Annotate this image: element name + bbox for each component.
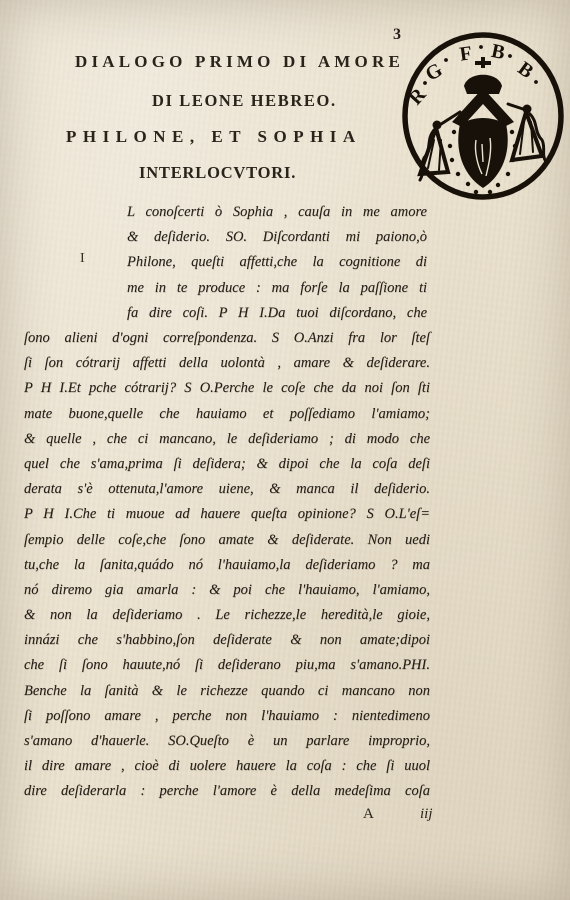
- stamp-letter-f: F: [458, 42, 473, 65]
- text-line: s'amano d'hauerle. SO.Queſto è un parlar…: [24, 729, 430, 754]
- signature-letter: A: [363, 806, 374, 823]
- text-line: dire deſiderarla : perche l'amore è dell…: [24, 779, 430, 804]
- text-line: innázi che s'habbino,ſon deſiderate & no…: [24, 628, 430, 653]
- text-line: & quelle , che ci mancano, le deſideriam…: [24, 427, 430, 452]
- opening-text-block: L conoſcerti ò Sophia , cauſa in me amor…: [127, 200, 427, 326]
- title-line-1: DIALOGO PRIMO DI AMORE: [75, 52, 404, 72]
- text-line: ſono alieni d'ogni correſpondenza. S O.A…: [24, 326, 430, 351]
- signature-numeral: iij: [420, 806, 433, 823]
- text-line: & deſiderio. SO. Diſcordanti mi paiono,ò: [127, 225, 427, 250]
- text-line: Philone, queſti affetti,che la cognition…: [127, 250, 427, 275]
- text-line: che ſi ſono hauute,nó ſi deſiderano piu,…: [24, 653, 430, 678]
- library-stamp-icon: R G F B B: [398, 28, 566, 204]
- book-page: 3 DIALOGO PRIMO DI AMORE DI LEONE HEBREO…: [0, 0, 570, 900]
- text-line: mate buone,quelle che hauiamo et poſſedi…: [24, 402, 430, 427]
- text-line: quel che s'ama,prima ſi deſidera; & dipo…: [24, 452, 430, 477]
- body-text-block: ſono alieni d'ogni correſpondenza. S O.A…: [24, 326, 430, 805]
- title-line-4: INTERLOCVTORI.: [139, 163, 296, 183]
- stamp-letter-b1: B: [489, 40, 507, 64]
- text-line: derata s'è ottenuta,l'amore uiene, & man…: [24, 477, 430, 502]
- text-line: me in te produce : ma forſe la paſſione …: [127, 276, 427, 301]
- text-line: P H I.Et pche cótrarij? S O.Perche le co…: [24, 376, 430, 401]
- text-line: ſi poſſono amare , perche non l'hauiamo …: [24, 704, 430, 729]
- text-line: ſempio delle coſe,che ſono amate & deſid…: [24, 528, 430, 553]
- text-line: Benche la ſanità & le richezze quando ci…: [24, 679, 430, 704]
- text-line: nó diremo gia amarla : & poi che l'hauia…: [24, 578, 430, 603]
- stamp-letter-b2: B: [514, 57, 538, 83]
- signature-mark: A iij: [0, 806, 570, 832]
- text-line: & non la deſideriamo . Le richezze,le he…: [24, 603, 430, 628]
- text-line: fa dire coſi. P H I.Da tuoi diſcordano, …: [127, 301, 427, 326]
- text-line: L conoſcerti ò Sophia , cauſa in me amor…: [127, 200, 427, 225]
- text-line: tu,che la ſanita,quádo nó l'hauiamo,la d…: [24, 553, 430, 578]
- text-line: P H I.Che ti muoue ad hauere queſta opin…: [24, 502, 430, 527]
- drop-cap-guide-letter: I: [80, 251, 85, 267]
- text-line: ſi ſon cótrarij affetti della uolontà , …: [24, 351, 430, 376]
- text-line: il dire amare , cioè di uolere hauere la…: [24, 754, 430, 779]
- title-line-2: DI LEONE HEBREO.: [152, 91, 337, 111]
- title-line-3: PHILONE, ET SOPHIA: [66, 127, 362, 147]
